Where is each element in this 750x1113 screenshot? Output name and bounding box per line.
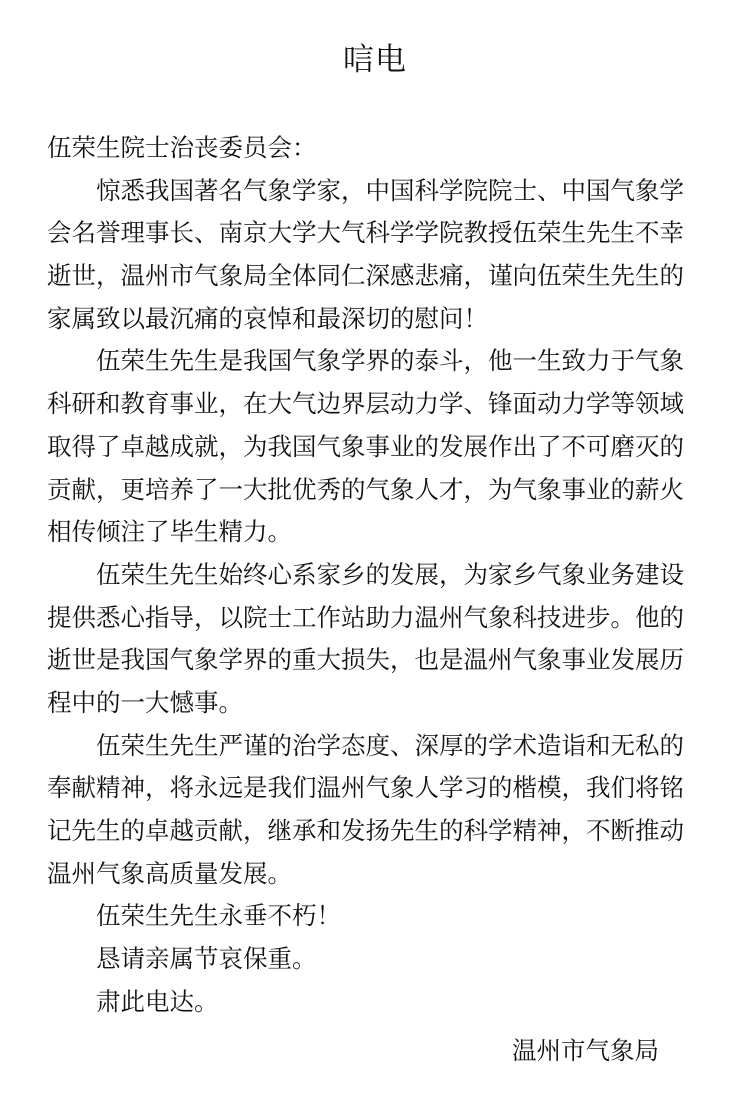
paragraph-line: 取得了卓越成就，为我国气象事业的发展作出了不可磨灭的 <box>47 426 707 469</box>
paragraph-line: 程中的一大憾事。 <box>47 682 707 725</box>
paragraph-line: 惊悉我国著名气象学家，中国科学院院士、中国气象学 <box>47 170 707 213</box>
closing-line: 肃此电达。 <box>47 981 707 1024</box>
closing-block: 伍荣生先生永垂不朽！ 恳请亲属节哀保重。 肃此电达。 <box>47 895 707 1023</box>
paragraph-hometown: 伍荣生先生始终心系家乡的发展，为家乡气象业务建设 提供悉心指导，以院士工作站助力… <box>47 554 707 725</box>
paragraph-line: 会名誉理事长、南京大学大气科学学院教授伍荣生先生不幸 <box>47 212 707 255</box>
closing-line: 伍荣生先生永垂不朽！ <box>47 895 707 938</box>
paragraph-line: 伍荣生先生是我国气象学界的泰斗，他一生致力于气象 <box>47 340 707 383</box>
document-title: 唁电 <box>0 38 750 82</box>
paragraph-line: 记先生的卓越贡献，继承和发扬先生的科学精神，不断推动 <box>47 810 707 853</box>
paragraph-legacy: 伍荣生先生严谨的治学态度、深厚的学术造诣和无私的 奉献精神，将永远是我们温州气象… <box>47 725 707 896</box>
paragraph-achievements: 伍荣生先生是我国气象学界的泰斗，他一生致力于气象 科研和教育事业，在大气边界层动… <box>47 340 707 553</box>
paragraph-line: 逝世，温州市气象局全体同仁深感悲痛，谨向伍荣生先生的 <box>47 255 707 298</box>
signature: 温州市气象局 <box>512 1030 659 1073</box>
paragraph-line: 相传倾注了毕生精力。 <box>47 511 707 554</box>
document-body: 伍荣生院士治丧委员会： 惊悉我国著名气象学家，中国科学院院士、中国气象学 会名誉… <box>47 127 707 1023</box>
paragraph-line: 伍荣生先生始终心系家乡的发展，为家乡气象业务建设 <box>47 554 707 597</box>
paragraph-line: 家属致以最沉痛的哀悼和最深切的慰问！ <box>47 298 707 341</box>
closing-line: 恳请亲属节哀保重。 <box>47 938 707 981</box>
paragraph-line: 贡献，更培养了一大批优秀的气象人才，为气象事业的薪火 <box>47 469 707 512</box>
paragraph-line: 伍荣生先生严谨的治学态度、深厚的学术造诣和无私的 <box>47 725 707 768</box>
paragraph-line: 逝世是我国气象学界的重大损失，也是温州气象事业发展历 <box>47 639 707 682</box>
paragraph-line: 提供悉心指导，以院士工作站助力温州气象科技进步。他的 <box>47 597 707 640</box>
paragraph-line: 科研和教育事业，在大气边界层动力学、锋面动力学等领域 <box>47 383 707 426</box>
salutation: 伍荣生院士治丧委员会： <box>47 127 707 170</box>
paragraph-line: 温州气象高质量发展。 <box>47 853 707 896</box>
paragraph-line: 奉献精神，将永远是我们温州气象人学习的楷模，我们将铭 <box>47 767 707 810</box>
paragraph-condolence: 惊悉我国著名气象学家，中国科学院院士、中国气象学 会名誉理事长、南京大学大气科学… <box>47 170 707 341</box>
